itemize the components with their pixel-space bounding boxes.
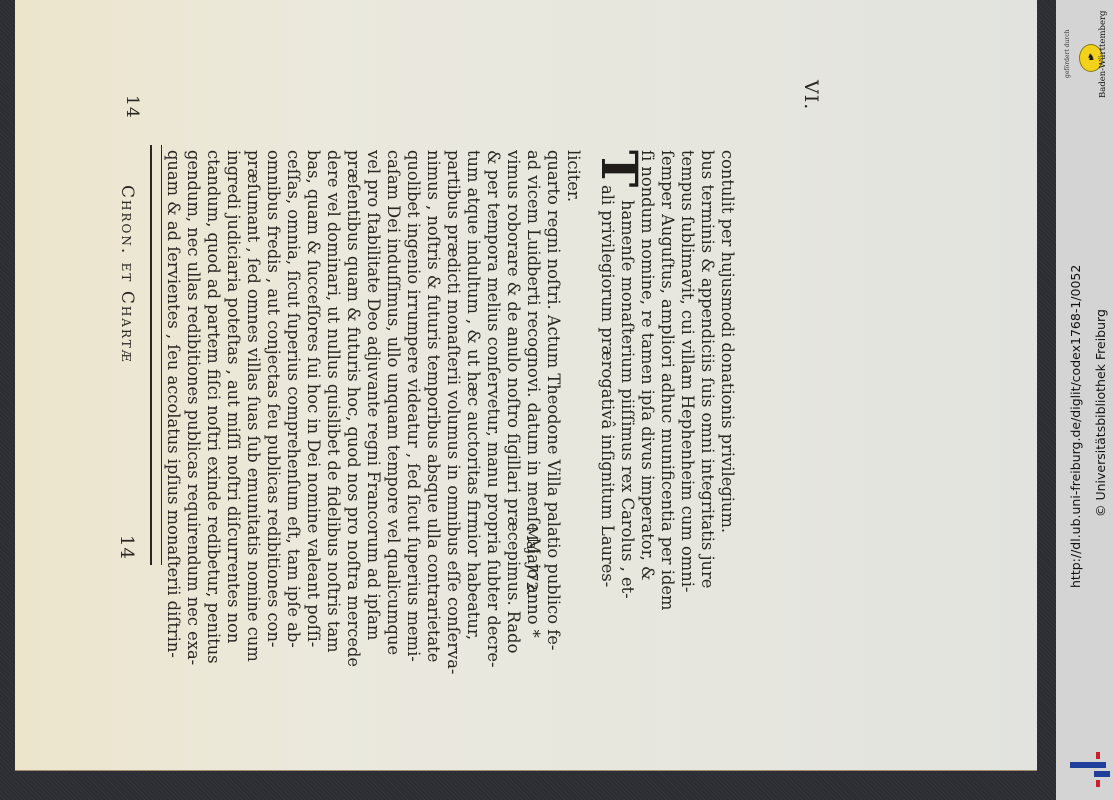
text-line: ſemper Auguſtus, ampliori adhuc munifice… (657, 150, 678, 610)
text-line: tum atque indultum , & ut hæc auctoritas… (463, 150, 484, 640)
text-line: quolibet ingenio irrumpere videatur , ſe… (403, 150, 424, 662)
funded-by-label: gefördert durch (1064, 30, 1071, 78)
text-line: hamenſe monaſterium piiſſimus rex Carolu… (617, 200, 638, 599)
margin-note-date: Maj. 772. (523, 526, 539, 596)
text-line: ſi nondum nomine, re tamen ipſa divus im… (637, 150, 658, 580)
copyright-notice: © Universitätsbibliothek Freiburg (1093, 309, 1108, 517)
text-line: ingredi judiciaria poteſtas , aut miſſi … (223, 150, 244, 643)
header-rule-top (150, 145, 152, 565)
text-line: bas, quam & ſucceſſores ſui hoc in Dei n… (303, 150, 324, 647)
text-line: contulit per hujusmodi donationis privil… (717, 150, 738, 533)
text-line: dere vel dominari, ut nullus quislibet d… (323, 150, 344, 653)
text-line: vel pro ſtabilitate Deo adjuvante regni … (363, 150, 384, 640)
text-line: caſam Dei induſſimus, ullo unquam tempor… (383, 150, 404, 655)
text-line: ctandum, quod ad partem fiſci noſtri exi… (203, 150, 224, 664)
text-line: quarto regni noſtri. Actum Theodone Vill… (543, 150, 564, 650)
text-line: & per tempora melius conſervetur, manu p… (483, 150, 504, 668)
text-line: ceſſas, omnia, ſicut ſuperius comprehenſ… (283, 150, 304, 648)
text-line: partibus prædicti monaſterii volumus in … (443, 150, 464, 674)
text-line: nimus , noſtris & futuris temporibus abs… (423, 150, 444, 662)
rotated-text-layer: 14 Chron. et Chartæ quam & ad ſervientes… (15, 0, 1037, 800)
funder-label: Baden-Württemberg (1098, 11, 1108, 99)
permalink-url[interactable]: http://dl.ub.uni-freiburg.de/diglit/code… (1068, 265, 1083, 588)
drop-cap: T (596, 150, 642, 187)
university-library-logo-icon (1066, 752, 1110, 790)
text-line: omnibus fredis , aut conjectas ſeu publi… (263, 150, 284, 647)
running-head: Chron. et Chartæ (117, 185, 137, 364)
page-number: 14 (116, 535, 137, 560)
text-line: liciter. (563, 150, 584, 202)
text-line: gendum, nec ullas redibitiones publicas … (183, 150, 204, 665)
section-number: VI. (800, 80, 822, 110)
text-line: tempus ſublimavit, cui villam Hephenheim… (677, 150, 698, 592)
text-line: quam & ad ſervientes , ſeu accolatus ipſ… (163, 150, 184, 658)
text-line: præſumant , ſed omnes villas ſuas ſub em… (243, 150, 264, 662)
text-line: vimus roborare & de anulo noſtro ſigilla… (503, 150, 524, 653)
text-line: bus terminis & appendiciis ſuis omni int… (697, 150, 718, 588)
text-line: præſentibus quam & futuris hoc, quod nos… (343, 150, 364, 667)
funding-notice: gefördert durch ♞ Baden-Württemberg (1060, 4, 1112, 100)
text-line: ali privilegiorum prærogativâ inſignitum… (597, 185, 618, 587)
